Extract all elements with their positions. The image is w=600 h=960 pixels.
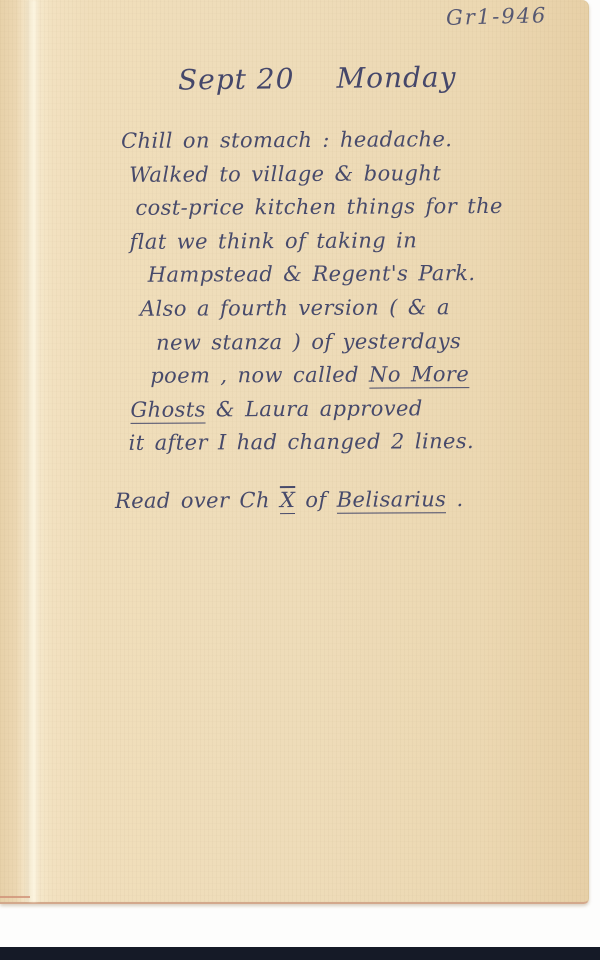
text-segment: Also a fourth version ( & a — [140, 295, 450, 321]
text-segment: Read over Ch — [115, 488, 280, 513]
underlined-word: No More — [369, 362, 469, 389]
text-segment: of — [295, 488, 337, 512]
diary-line: Walked to village & bought — [129, 156, 587, 192]
text-segment: Chill on stomach : headache. — [121, 127, 452, 153]
diary-page: Gr1-946 Sept 20 Monday Chill on stomach … — [0, 0, 589, 904]
underlined-word: Belisarius — [337, 487, 447, 514]
text-segment: . — [446, 487, 463, 511]
text-segment: new stanza ) of yesterdays — [156, 329, 461, 355]
diary-line: flat we think of taking in — [129, 223, 587, 259]
underlined-word: Ghosts — [130, 397, 205, 423]
catalog-mark: Gr1-946 — [446, 2, 587, 30]
entry-day: Monday — [336, 61, 456, 95]
diary-line: cost-price kitchen things for the — [135, 190, 587, 226]
diary-line: Hampstead & Regent's Park. — [148, 257, 588, 293]
diary-line: Also a fourth version ( & a — [140, 290, 588, 326]
underlined-word: X — [280, 488, 295, 514]
diary-line: new stanza ) of yesterdays — [156, 324, 588, 360]
text-segment: Walked to village & bought — [129, 161, 441, 187]
text-segment: it after I had changed 2 lines. — [129, 429, 475, 455]
scanned-document: Gr1-946 Sept 20 Monday Chill on stomach … — [0, 0, 600, 960]
diary-line: it after I had changed 2 lines. — [129, 425, 589, 461]
diary-body: Chill on stomach : headache.Walked to vi… — [0, 122, 589, 519]
text-segment: cost-price kitchen things for the — [135, 194, 503, 220]
diary-line: Ghosts & Laura approved — [130, 391, 588, 427]
entry-date: Sept 20 — [178, 62, 295, 96]
text-segment: & Laura approved — [206, 396, 423, 421]
text-segment: Hampstead & Regent's Park. — [148, 261, 476, 287]
text-segment: flat we think of taking in — [130, 228, 418, 254]
entry-heading: Sept 20 Monday — [178, 61, 457, 97]
diary-line: poem , now called No More — [150, 358, 588, 394]
diary-line: Read over Ch X of Belisarius . — [115, 482, 589, 518]
page-edge-scuff — [0, 896, 30, 898]
diary-line: Chill on stomach : headache. — [121, 122, 587, 158]
scanner-bed-strip — [0, 947, 600, 960]
text-segment: poem , now called — [150, 363, 369, 388]
